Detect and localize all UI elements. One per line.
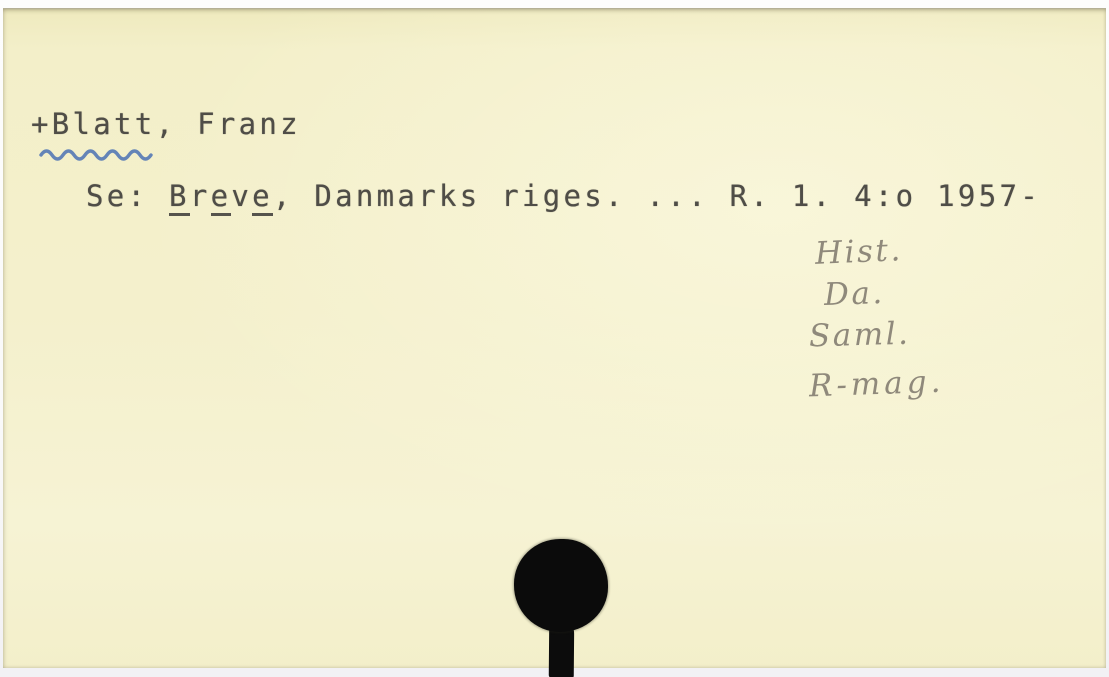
reference-details: , Danmarks riges. ... R. 1. 4:o 1957- xyxy=(273,179,1041,213)
handwritten-note: Hist. xyxy=(814,232,903,272)
heading-surname: Blatt xyxy=(52,107,156,141)
title-letter: r xyxy=(190,179,211,213)
title-letter: v xyxy=(231,179,252,213)
title-letter: e xyxy=(252,179,273,216)
see-reference-label: Se: xyxy=(86,179,169,213)
catalog-card: +Blatt, Franz Se: Breve, Danmarks riges.… xyxy=(3,8,1106,668)
scan-background: { "card": { "heading": { "prefix": "+", … xyxy=(0,0,1109,677)
title-letter: B xyxy=(169,179,190,216)
handwritten-note: Saml. xyxy=(809,316,911,355)
heading-plus-sign: + xyxy=(31,107,52,141)
wavy-underline xyxy=(38,144,160,162)
handwritten-note: R-mag. xyxy=(808,364,945,405)
see-reference-line: Se: Breve, Danmarks riges. ... R. 1. 4:o… xyxy=(86,179,1041,213)
heading-line: +Blatt, Franz xyxy=(31,107,301,141)
handwritten-note: Da. xyxy=(823,275,885,313)
title-letter: e xyxy=(211,179,232,216)
hole-punch xyxy=(514,539,608,632)
heading-given-name: , Franz xyxy=(156,107,301,141)
